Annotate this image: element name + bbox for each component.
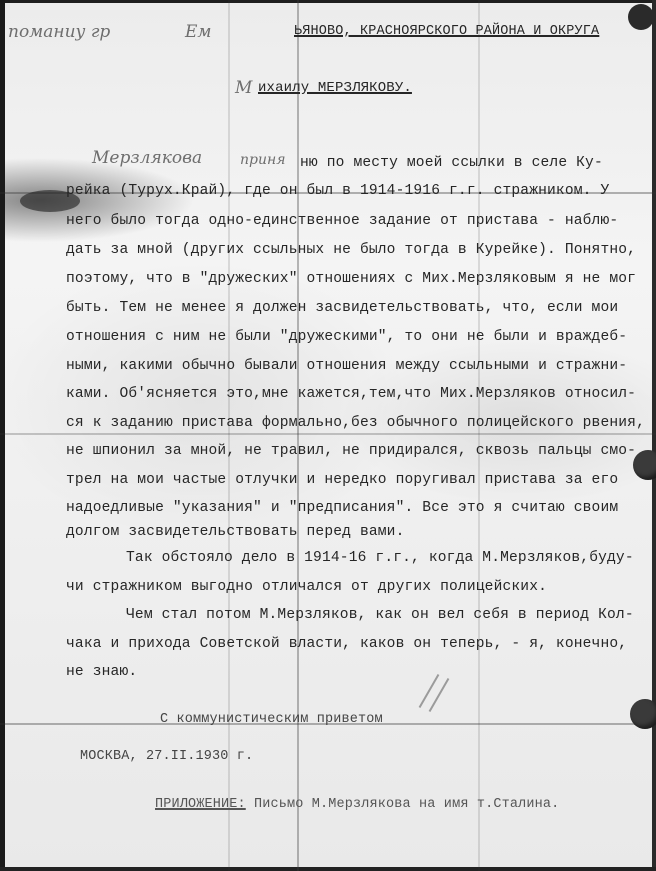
fold-crease-horizontal xyxy=(0,433,656,435)
scan-edge-top xyxy=(0,0,656,3)
body-line: рейка (Турух.Край), где он был в 1914-19… xyxy=(66,183,609,199)
scan-edge-left xyxy=(0,0,5,871)
handwritten-margin-name: Мерзлякова xyxy=(92,148,202,168)
handwritten-note: Ем xyxy=(185,22,212,42)
handwritten-margin-word: приня xyxy=(240,152,286,168)
body-line: ками. Об'ясняется это,мне кажется,тем,чт… xyxy=(66,386,636,402)
scanned-letter-page: поманиу гр Ем ЬЯНОВО, КРАСНОЯРСКОГО РАЙО… xyxy=(0,0,656,871)
place-date: МОСКВА, 27.II.1930 г. xyxy=(80,749,253,764)
fold-crease-vertical xyxy=(478,0,480,871)
handwritten-note: поманиу гр xyxy=(8,22,110,42)
scan-edge-bottom xyxy=(0,867,656,871)
body-line: надоедливые "указания" и "предписания". … xyxy=(66,500,618,516)
paragraph-2-line: чи стражником выгодно отличался от други… xyxy=(66,579,547,595)
paragraph-3-line: Чем стал потом М.Мерзляков, как он вел с… xyxy=(126,607,634,623)
body-line: трел на мои частые отлучки и нередко пор… xyxy=(66,472,618,488)
body-line: ся к заданию пристава формально,без обыч… xyxy=(66,415,645,431)
body-line: не шпионил за мной, не травил, не придир… xyxy=(66,443,636,459)
addressee-line-1: ЬЯНОВО, КРАСНОЯРСКОГО РАЙОНА И ОКРУГА xyxy=(294,24,599,39)
attachment-text: Письмо М.Мерзлякова на имя т.Сталина. xyxy=(254,797,559,812)
fold-crease-vertical xyxy=(297,0,299,871)
body-line: ню по месту моей ссылки в селе Ку- xyxy=(300,155,603,171)
signature-stroke xyxy=(419,674,440,708)
body-line: поэтому, что в "дружеских" отношениях с … xyxy=(66,271,636,287)
attachment-label: ПРИЛОЖЕНИЕ: xyxy=(155,797,246,812)
body-line: него было тогда одно-единственное задани… xyxy=(66,213,618,229)
body-line: быть. Тем не менее я должен засвидетельс… xyxy=(66,300,618,316)
body-line: ными, какими обычно бывали отношения меж… xyxy=(66,358,627,374)
fold-crease-vertical xyxy=(228,0,230,871)
closing-salutation: С коммунистическим приветом xyxy=(160,712,383,727)
binding-pin xyxy=(633,450,656,480)
attachment-note: ПРИЛОЖЕНИЕ: Письмо М.Мерзлякова на имя т… xyxy=(155,797,559,812)
binding-pin xyxy=(630,699,656,729)
paragraph-3-line: чака и прихода Советской власти, каков о… xyxy=(66,636,627,652)
binding-hole xyxy=(628,4,654,30)
scan-edge-right xyxy=(652,0,656,871)
paragraph-2-line: Так обстояло дело в 1914-16 г.г., когда … xyxy=(126,550,634,566)
body-line: отношения с ним не были "дружескими", то… xyxy=(66,329,627,345)
paragraph-3-line: не знаю. xyxy=(66,664,137,680)
body-line: дать за мной (других ссыльных не было то… xyxy=(66,242,636,258)
handwritten-initial: М xyxy=(235,78,252,98)
addressee-line-2: ихаилу МЕРЗЛЯКОВУ. xyxy=(258,80,412,96)
body-line: долгом засвидетельствовать перед вами. xyxy=(66,524,405,540)
